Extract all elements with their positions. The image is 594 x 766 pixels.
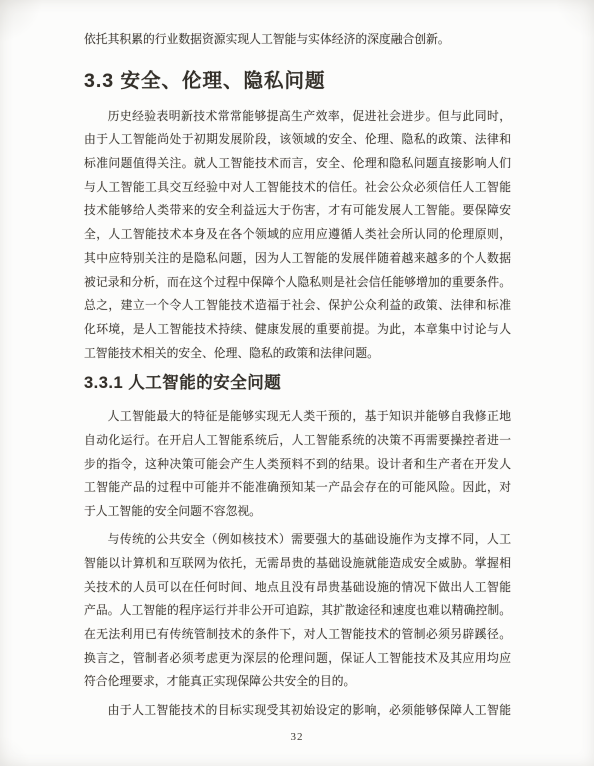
document-page: 依托其积累的行业数据资源实现人工智能与实体经济的深度融合创新。 3.3 安全、伦… — [0, 0, 594, 766]
text-line: 被记录和分析，而在这个过程中保障个人隐私则是社会信任能够增加的重要条件。 — [84, 271, 511, 295]
text-line: 标准问题值得关注。就人工智能技术而言，安全、伦理和隐私问题直接影响人们 — [84, 152, 511, 176]
text-line: 工智能技术相关的安全、伦理、隐私的政策和法律问题。 — [84, 342, 511, 366]
text-line: 产品。人工智能的程序运行并非公开可追踪，其扩散途径和速度也难以精确控制。 — [84, 599, 511, 623]
text-line: 依托其积累的行业数据资源实现人工智能与实体经济的深度融合创新。 — [84, 28, 511, 52]
text-line: 总之，建立一个令人工智能技术造福于社会、保护公众利益的政策、法律和标准 — [84, 294, 511, 318]
text-line: 在无法利用已有传统管制技术的条件下，对人工智能技术的管制必须另辟蹊径。 — [84, 623, 511, 647]
text-line: 与传统的公共安全（例如核技术）需要强大的基础设施作为支撑不同，人工 — [84, 528, 511, 552]
subsection-heading-3-3-1: 3.3.1 人工智能的安全问题 — [84, 372, 511, 395]
text-line: 化环境，是人工智能技术持续、健康发展的重要前提。为此，本章集中讨论与人 — [84, 318, 511, 342]
text-line: 工智能产品的过程中可能并不能准确预知某一产品会存在的可能风险。因此，对 — [84, 476, 511, 500]
text-line: 技术能够给人类带来的安全利益远大于伤害，才有可能发展人工智能。要保障安 — [84, 199, 511, 223]
text-line: 关技术的人员可以在任何时间、地点且没有昂贵基础设施的情况下做出人工智能 — [84, 576, 511, 600]
text-line: 人工智能最大的特征是能够实现无人类干预的，基于知识并能够自我修正地 — [84, 405, 511, 429]
paragraph-ai-safety-intro: 人工智能最大的特征是能够实现无人类干预的，基于知识并能够自我修正地 自动化运行。… — [84, 405, 511, 523]
paragraph-public-safety: 与传统的公共安全（例如核技术）需要强大的基础设施作为支撑不同，人工 智能以计算机… — [84, 528, 511, 694]
paragraph-goal-setting: 由于人工智能技术的目标实现受其初始设定的影响，必须能够保障人工智能 — [84, 699, 511, 723]
page-content: 依托其积累的行业数据资源实现人工智能与实体经济的深度融合创新。 3.3 安全、伦… — [84, 28, 511, 722]
paragraph-overview: 历史经验表明新技术常常能够提高生产效率，促进社会进步。但与此同时， 由于人工智能… — [84, 105, 511, 366]
text-line: 与人工智能工具交互经验中对人工智能技术的信任。社会公众必须信任人工智能 — [84, 176, 511, 200]
text-line: 由于人工智能技术的目标实现受其初始设定的影响，必须能够保障人工智能 — [84, 699, 511, 723]
paragraph-continuation: 依托其积累的行业数据资源实现人工智能与实体经济的深度融合创新。 — [84, 28, 511, 52]
text-line: 历史经验表明新技术常常能够提高生产效率，促进社会进步。但与此同时， — [84, 105, 511, 129]
text-line: 于人工智能的安全问题不容忽视。 — [84, 500, 511, 524]
text-line: 由于人工智能尚处于初期发展阶段，该领域的安全、伦理、隐私的政策、法律和 — [84, 128, 511, 152]
text-line: 换言之，管制者必须考虑更为深层的伦理问题，保证人工智能技术及其应用均应 — [84, 647, 511, 671]
text-line: 智能以计算机和互联网为依托，无需昂贵的基础设施就能造成安全威胁。掌握相 — [84, 552, 511, 576]
section-heading-3-3: 3.3 安全、伦理、隐私问题 — [84, 68, 511, 94]
text-line: 全，人工智能技术本身及在各个领域的应用应遵循人类社会所认同的伦理原则， — [84, 223, 511, 247]
text-line: 步的指令，这种决策可能会产生人类预料不到的结果。设计者和生产者在开发人 — [84, 453, 511, 477]
text-line: 符合伦理要求，才能真正实现保障公共安全的目的。 — [84, 670, 511, 694]
text-line: 自动化运行。在开启人工智能系统后，人工智能系统的决策不再需要操控者进一 — [84, 429, 511, 453]
page-number: 32 — [0, 731, 594, 743]
text-line: 其中应特别关注的是隐私问题，因为人工智能的发展伴随着越来越多的个人数据 — [84, 247, 511, 271]
